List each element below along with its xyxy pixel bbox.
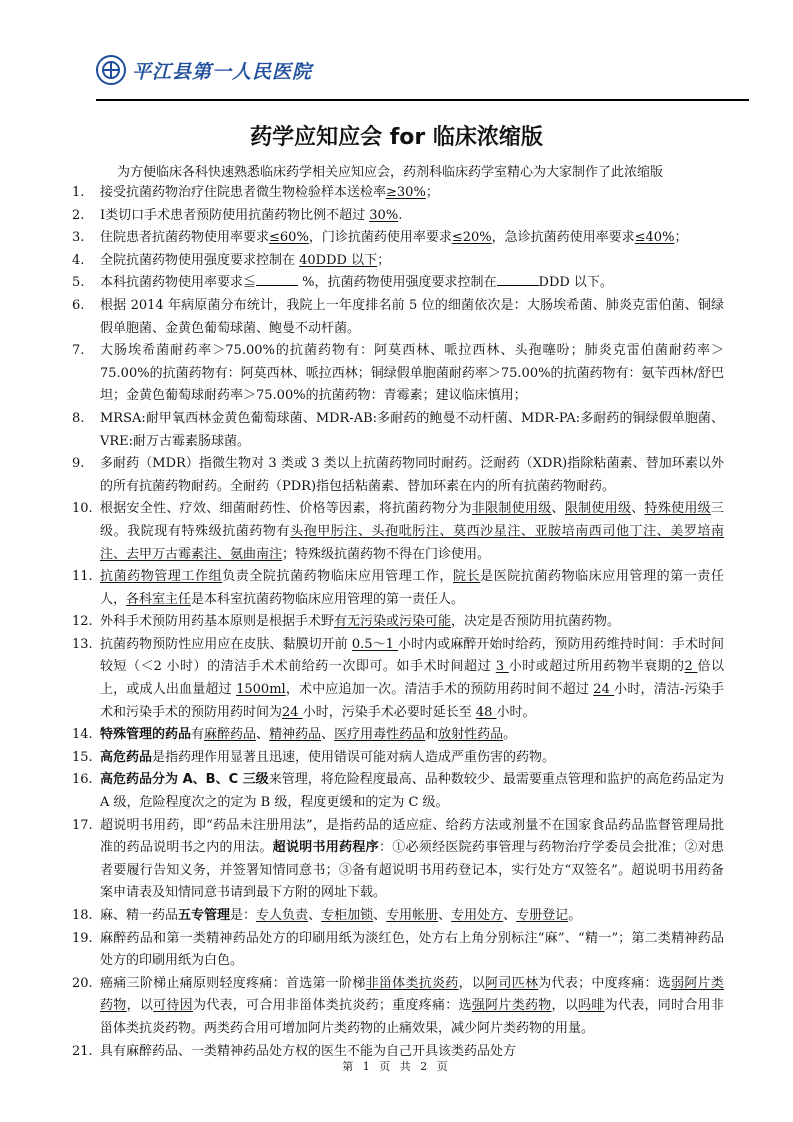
text-segment: 、 [552, 501, 565, 516]
text-segment: 是本科室抗菌药物临床应用管理的第一责任人。 [191, 592, 464, 607]
text-segment: 小时，污染手术必要时延长至 [303, 705, 476, 720]
text-segment: ； [426, 185, 439, 200]
list-item: 19.麻醉药品和第一类精神药品处方的印刷用纸为淡红色，处方右上角分别标注“麻”、… [72, 928, 724, 973]
text-segment: 有 [191, 727, 204, 742]
underlined-term: 24 [593, 682, 614, 697]
item-number: 14. [72, 724, 100, 747]
bold-term: 超说明书用药程序 [273, 840, 379, 855]
list-item: 14.特殊管理的药品有麻醉药品、精神药品、医疗用毒性药品和放射性药品。 [72, 724, 724, 747]
underlined-term: 专用帐册 [386, 908, 438, 923]
text-segment: 、 [373, 908, 386, 923]
text-segment: 为代表；中度疼痛：选 [538, 976, 671, 991]
item-text: 抗菌药物管理工作组负责全院抗菌药物临床应用管理工作，院长是医院抗菌药物临床应用管… [100, 566, 724, 611]
underlined-term: 1500ml [236, 682, 286, 697]
text-segment: 具有麻醉药品、一类精神药品处方权的医生不能为自己开具该类药品处方 [100, 1044, 516, 1059]
text-segment: 、 [438, 908, 451, 923]
list-item: 15.高危药品是指药理作用显著且迅速，使用错误可能对病人造成严重伤害的药物。 [72, 747, 724, 770]
underlined-term: 限制使用级 [565, 501, 631, 516]
underlined-term: 阿司匹林 [485, 976, 538, 991]
text-segment: 根据 2014 年病原菌分布统计，我院上一年度排名前 5 位的细菌依次是：大肠埃… [100, 298, 724, 336]
underlined-term: 麻醉药品 [204, 727, 256, 742]
list-item: 7.大肠埃希菌耐药率＞75.00%的抗菌药物有：阿莫西林、哌拉西林、头孢噻吩；肺… [72, 340, 724, 408]
text-segment: 抗菌药物预防性应用应在皮肤、黏膜切开前 [100, 637, 352, 652]
text-segment: 全院抗菌药物使用强度要求控制在 [100, 253, 299, 268]
item-text: 特殊管理的药品有麻醉药品、精神药品、医疗用毒性药品和放射性药品。 [100, 724, 724, 747]
text-segment: %，抗菌药物使用强度要求控制在 [298, 275, 497, 290]
item-number: 13. [72, 634, 100, 724]
page-number: 第 1 页 共 2 页 [0, 1058, 793, 1074]
underlined-term: 各科室主任 [126, 592, 191, 607]
text-segment: 负责全院抗菌药物临床应用管理工作， [222, 569, 453, 584]
underlined-term: 强阿片类药物 [472, 998, 552, 1013]
text-segment: ；特殊级抗菌药物不得在门诊使用。 [282, 547, 490, 562]
item-text: 本科抗菌药物使用率要求≦ %，抗菌药物使用强度要求控制在DDD 以下。 [100, 272, 724, 295]
list-item: 9.多耐药（MDR）指微生物对 3 类或 3 类以上抗菌药物同时耐药。泛耐药（X… [72, 453, 724, 498]
text-segment: MRSA:耐甲氧西林金黄色葡萄球菌、MDR-AB:多耐药的鲍曼不动杆菌、MDR-… [100, 411, 724, 449]
header-divider [96, 99, 749, 101]
list-item: 2.Ⅰ类切口手术患者预防使用抗菌药物比例不超过 30%. [72, 205, 724, 228]
text-segment: 麻、精一药品 [100, 908, 178, 923]
underlined-term: ≤20% [452, 230, 492, 245]
hospital-logo-icon [96, 55, 126, 85]
item-text: 大肠埃希菌耐药率＞75.00%的抗菌药物有：阿莫西林、哌拉西林、头孢噻吩；肺炎克… [100, 340, 724, 408]
text-segment: ，以 [552, 998, 579, 1013]
item-text: 根据 2014 年病原菌分布统计，我院上一年度排名前 5 位的细菌依次是：大肠埃… [100, 295, 724, 340]
underlined-term: 0.5～1 [352, 637, 398, 652]
item-number: 10. [72, 498, 100, 566]
underlined-term: 放射性药品 [438, 727, 503, 742]
item-text: 多耐药（MDR）指微生物对 3 类或 3 类以上抗菌药物同时耐药。泛耐药（XDR… [100, 453, 724, 498]
item-number: 9. [72, 453, 100, 498]
item-number: 7. [72, 340, 100, 408]
text-segment: ，决定是否预防用抗菌药物。 [451, 614, 620, 629]
underlined-term: 非甾体类抗炎药 [366, 976, 459, 991]
text-segment: 小时。 [497, 705, 536, 720]
item-number: 19. [72, 928, 100, 973]
underlined-term: 专用处方 [451, 908, 503, 923]
text-segment: 和 [425, 727, 438, 742]
item-text: 麻醉药品和第一类精神药品处方的印刷用纸为淡红色，处方右上角分别标注“麻”、“精一… [100, 928, 724, 973]
text-segment: 、 [631, 501, 644, 516]
item-list: 1.接受抗菌药物治疗住院患者微生物检验样本送检率≥30%；2.Ⅰ类切口手术患者预… [72, 182, 724, 1063]
text-segment: ，术中应追加一次。清洁手术的预防用药时间不超过 [286, 682, 594, 697]
underlined-term: 非限制使用级 [472, 501, 552, 516]
text-segment: 、 [308, 908, 321, 923]
text-segment: 为代表，可合用非甾体类抗炎药；重度疼痛：选 [193, 998, 472, 1013]
text-segment: . [398, 208, 402, 223]
fill-in-blank [497, 273, 539, 286]
underlined-term: 医疗用毒性药品 [334, 727, 425, 742]
text-segment: 、 [503, 908, 516, 923]
item-number: 11. [72, 566, 100, 611]
text-segment: ，以 [459, 976, 486, 991]
text-segment: ； [674, 230, 687, 245]
item-number: 8. [72, 408, 100, 453]
text-segment: 住院患者抗菌药物使用率要求 [100, 230, 269, 245]
list-item: 12.外科手术预防用药基本原则是根据手术野有无污染或污染可能，决定是否预防用抗菌… [72, 611, 724, 634]
item-number: 12. [72, 611, 100, 634]
item-text: 住院患者抗菌药物使用率要求≤60%，门诊抗菌药使用率要求≤20%，急诊抗菌药使用… [100, 227, 724, 250]
list-item: 11.抗菌药物管理工作组负责全院抗菌药物临床应用管理工作，院长是医院抗菌药物临床… [72, 566, 724, 611]
item-text: 接受抗菌药物治疗住院患者微生物检验样本送检率≥30%； [100, 182, 724, 205]
item-number: 6. [72, 295, 100, 340]
item-number: 15. [72, 747, 100, 770]
item-number: 17. [72, 815, 100, 905]
text-segment: Ⅰ类切口手术患者预防使用抗菌药物比例不超过 [100, 208, 369, 223]
list-item: 1.接受抗菌药物治疗住院患者微生物检验样本送检率≥30%； [72, 182, 724, 205]
underlined-term: 精神药品 [269, 727, 321, 742]
item-text: 根据安全性、疗效、细菌耐药性、价格等因素，将抗菌药物分为非限制使用级、限制使用级… [100, 498, 724, 566]
underlined-term: 24 [282, 705, 303, 720]
text-segment: 癌痛三阶梯止痛原则轻度疼痛：首选第一阶梯 [100, 976, 366, 991]
list-item: 8.MRSA:耐甲氧西林金黄色葡萄球菌、MDR-AB:多耐药的鲍曼不动杆菌、MD… [72, 408, 724, 453]
item-text: 高危药品分为 A、B、C 三级来管理，将危险程度最高、品种数较少、最需要重点管理… [100, 769, 724, 814]
text-segment: ，门诊抗菌药使用率要求 [309, 230, 452, 245]
list-item: 10.根据安全性、疗效、细菌耐药性、价格等因素，将抗菌药物分为非限制使用级、限制… [72, 498, 724, 566]
text-segment: 。 [503, 727, 516, 742]
bold-term: 高危药品分为 A、B、C 三级 [100, 772, 269, 787]
bold-term: 特殊管理的药品 [100, 727, 191, 742]
text-segment: 外科手术预防用药基本原则是根据手术野 [100, 614, 334, 629]
underlined-term: 抗菌药物管理工作组 [100, 569, 222, 584]
text-segment: 是指药理作用显著且迅速，使用错误可能对病人造成严重伤害的药物。 [152, 750, 555, 765]
underlined-term: 48 [476, 705, 497, 720]
text-segment: ； [377, 253, 390, 268]
item-number: 1. [72, 182, 100, 205]
text-segment: 是： [230, 908, 256, 923]
underlined-term: ≤40% [635, 230, 675, 245]
underlined-term: 3 [496, 659, 509, 674]
item-number: 3. [72, 227, 100, 250]
text-segment: 多耐药（MDR）指微生物对 3 类或 3 类以上抗菌药物同时耐药。泛耐药（XDR… [100, 456, 724, 494]
underlined-term: 有无污染或污染可能 [334, 614, 451, 629]
text-segment: 麻醉药品和第一类精神药品处方的印刷用纸为淡红色，处方右上角分别标注“麻”、“精一… [100, 931, 724, 969]
item-number: 18. [72, 905, 100, 928]
item-number: 5. [72, 272, 100, 295]
text-segment: 、 [321, 727, 334, 742]
item-text: 外科手术预防用药基本原则是根据手术野有无污染或污染可能，决定是否预防用抗菌药物。 [100, 611, 724, 634]
list-item: 17.超说明书用药，即“药品未注册用法”，是指药品的适应症、给药方法或剂量不在国… [72, 815, 724, 905]
text-segment: 、 [256, 727, 269, 742]
item-text: 高危药品是指药理作用显著且迅速，使用错误可能对病人造成严重伤害的药物。 [100, 747, 724, 770]
item-number: 2. [72, 205, 100, 228]
text-segment: 。 [568, 908, 581, 923]
item-number: 4. [72, 250, 100, 273]
item-number: 16. [72, 769, 100, 814]
text-segment: 接受抗菌药物治疗住院患者微生物检验样本送检率 [100, 185, 386, 200]
underlined-term: 院长 [453, 569, 480, 584]
list-item: 18.麻、精一药品五专管理是：专人负责、专柜加锁、专用帐册、专用处方、专册登记。 [72, 905, 724, 928]
underlined-term: 特殊使用级 [645, 501, 711, 516]
document-title: 药学应知应会 for 临床浓缩版 [0, 120, 793, 151]
text-segment: 大肠埃希菌耐药率＞75.00%的抗菌药物有：阿莫西林、哌拉西林、头孢噻吩；肺炎克… [100, 343, 724, 403]
underlined-term: ≤60% [269, 230, 309, 245]
bold-term: 五专管理 [178, 908, 230, 923]
list-item: 16.高危药品分为 A、B、C 三级来管理，将危险程度最高、品种数较少、最需要重… [72, 769, 724, 814]
list-item: 20.癌痛三阶梯止痛原则轻度疼痛：首选第一阶梯非甾体类抗炎药，以阿司匹林为代表；… [72, 973, 724, 1041]
list-item: 3.住院患者抗菌药物使用率要求≤60%，门诊抗菌药使用率要求≤20%，急诊抗菌药… [72, 227, 724, 250]
underlined-term: 40DDD 以下 [299, 253, 377, 268]
hospital-name: 平江县第一人民医院 [132, 57, 312, 84]
text-segment: 小时或超过所用药物半衰期的 [509, 659, 685, 674]
list-item: 4.全院抗菌药物使用强度要求控制在 40DDD 以下； [72, 250, 724, 273]
text-segment: ，以 [127, 998, 154, 1013]
underlined-term: 30% [369, 208, 398, 223]
item-text: 超说明书用药，即“药品未注册用法”，是指药品的适应症、给药方法或剂量不在国家食品… [100, 815, 724, 905]
item-text: 癌痛三阶梯止痛原则轻度疼痛：首选第一阶梯非甾体类抗炎药，以阿司匹林为代表；中度疼… [100, 973, 724, 1041]
list-item: 13.抗菌药物预防性应用应在皮肤、黏膜切开前 0.5～1 小时内或麻醉开始时给药… [72, 634, 724, 724]
text-segment: 本科抗菌药物使用率要求≦ [100, 275, 256, 290]
list-item: 6.根据 2014 年病原菌分布统计，我院上一年度排名前 5 位的细菌依次是：大… [72, 295, 724, 340]
item-text: MRSA:耐甲氧西林金黄色葡萄球菌、MDR-AB:多耐药的鲍曼不动杆菌、MDR-… [100, 408, 724, 453]
item-text: 抗菌药物预防性应用应在皮肤、黏膜切开前 0.5～1 小时内或麻醉开始时给药，预防… [100, 634, 724, 724]
text-segment: DDD 以下。 [539, 275, 613, 290]
item-text: Ⅰ类切口手术患者预防使用抗菌药物比例不超过 30%. [100, 205, 724, 228]
document-header: 平江县第一人民医院 [96, 50, 312, 90]
underlined-term: 专册登记 [516, 908, 568, 923]
bold-term: 高危药品 [100, 750, 152, 765]
list-item: 5.本科抗菌药物使用率要求≦ %，抗菌药物使用强度要求控制在DDD 以下。 [72, 272, 724, 295]
item-number: 20. [72, 973, 100, 1041]
item-text: 麻、精一药品五专管理是：专人负责、专柜加锁、专用帐册、专用处方、专册登记。 [100, 905, 724, 928]
underlined-term: 可待因 [153, 998, 193, 1013]
underlined-term: 专柜加锁 [321, 908, 373, 923]
intro-paragraph: 为方便临床各科快速熟悉临床药学相关应知应会，药剂科临床药学室精心为大家制作了此浓… [117, 161, 663, 180]
item-text: 全院抗菌药物使用强度要求控制在 40DDD 以下； [100, 250, 724, 273]
underlined-term: ≥30% [386, 185, 426, 200]
text-segment: 根据安全性、疗效、细菌耐药性、价格等因素，将抗菌药物分为 [100, 501, 472, 516]
underlined-term: 吗啡 [578, 998, 605, 1013]
text-segment: ，急诊抗菌药使用率要求 [492, 230, 635, 245]
fill-in-blank [256, 273, 298, 286]
underlined-term: 2 [685, 659, 698, 674]
underlined-term: 专人负责 [256, 908, 308, 923]
